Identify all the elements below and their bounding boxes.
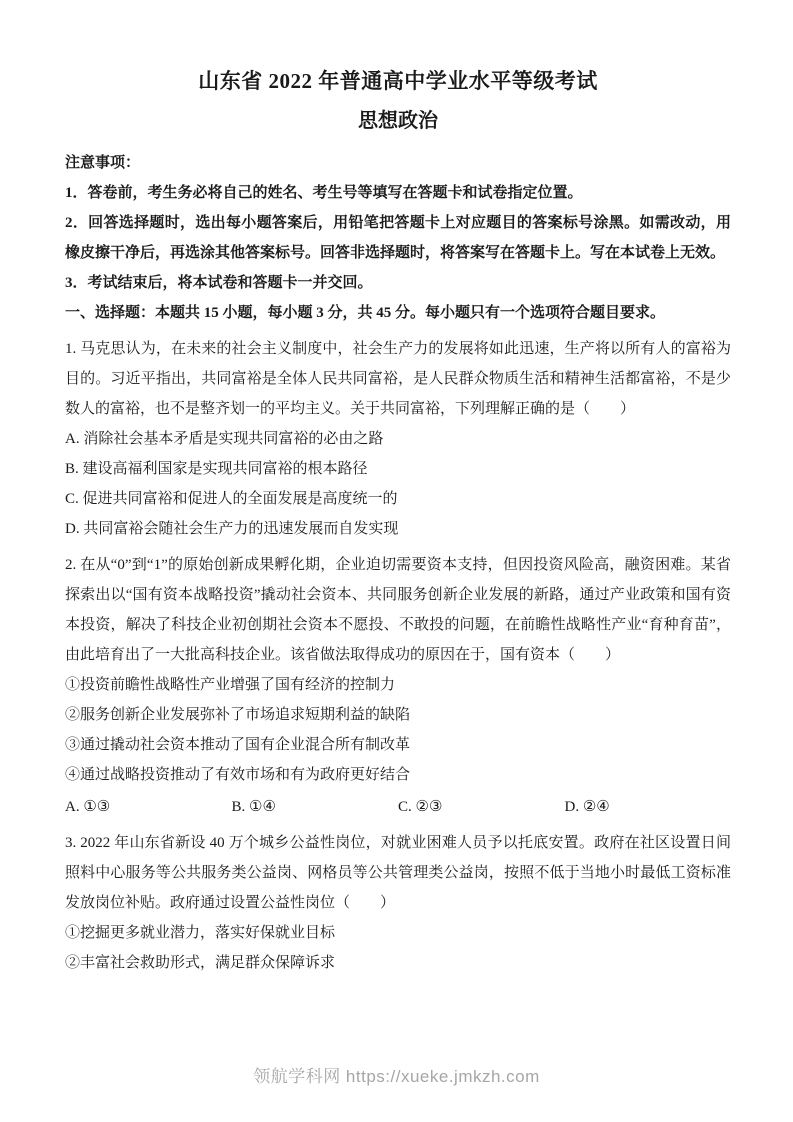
question-1-option-c: C. 促进共同富裕和促进人的全面发展是高度统一的	[65, 484, 731, 514]
question-2-statement-3: ③通过撬动社会资本推动了国有企业混合所有制改革	[65, 730, 731, 760]
paper-title: 山东省 2022 年普通高中学业水平等级考试	[65, 64, 731, 98]
question-2-statement-2: ②服务创新企业发展弥补了市场追求短期利益的缺陷	[65, 700, 731, 730]
exam-paper-content: 山东省 2022 年普通高中学业水平等级考试 思想政治 注意事项： 1．答卷前，…	[0, 0, 793, 978]
question-1-option-a: A. 消除社会基本矛盾是实现共同富裕的必由之路	[65, 424, 731, 454]
question-3-statement-2: ②丰富社会救助形式，满足群众保障诉求	[65, 948, 731, 978]
section-heading: 一、选择题：本题共 15 小题，每小题 3 分，共 45 分。每小题只有一个选项…	[65, 298, 731, 328]
question-1-stem: 1. 马克思认为，在未来的社会主义制度中，社会生产力的发展将如此迅速，生产将以所…	[65, 334, 731, 424]
notices-heading: 注意事项：	[65, 148, 731, 178]
question-3-statement-1: ①挖掘更多就业潜力，落实好保就业目标	[65, 918, 731, 948]
notice-item-2: 2．回答选择题时，选出每小题答案后，用铅笔把答题卡上对应题目的答案标号涂黑。如需…	[65, 208, 731, 268]
question-2-choice-b: B. ①④	[232, 792, 399, 822]
watermark: 领航学科网 https://xueke.jmkzh.com	[0, 1062, 793, 1087]
question-3-stem: 3. 2022 年山东省新设 40 万个城乡公益性岗位，对就业困难人员予以托底安…	[65, 828, 731, 918]
question-2-choice-d: D. ②④	[565, 792, 732, 822]
question-1-option-d: D. 共同富裕会随社会生产力的迅速发展而自发实现	[65, 514, 731, 544]
paper-subject: 思想政治	[65, 106, 731, 136]
question-2-choice-row: A. ①③ B. ①④ C. ②③ D. ②④	[65, 792, 731, 822]
notice-item-1: 1．答卷前，考生务必将自己的姓名、考生号等填写在答题卡和试卷指定位置。	[65, 178, 731, 208]
question-2-choice-c: C. ②③	[398, 792, 565, 822]
notices-section: 注意事项： 1．答卷前，考生务必将自己的姓名、考生号等填写在答题卡和试卷指定位置…	[65, 148, 731, 298]
question-2: 2. 在从“0”到“1”的原始创新成果孵化期，企业迫切需要资本支持，但因投资风险…	[65, 550, 731, 822]
question-2-stem: 2. 在从“0”到“1”的原始创新成果孵化期，企业迫切需要资本支持，但因投资风险…	[65, 550, 731, 670]
question-1-option-b: B. 建设高福利国家是实现共同富裕的根本路径	[65, 454, 731, 484]
notice-item-3: 3．考试结束后，将本试卷和答题卡一并交回。	[65, 268, 731, 298]
question-3: 3. 2022 年山东省新设 40 万个城乡公益性岗位，对就业困难人员予以托底安…	[65, 828, 731, 978]
question-2-choice-a: A. ①③	[65, 792, 232, 822]
question-2-statement-1: ①投资前瞻性战略性产业增强了国有经济的控制力	[65, 670, 731, 700]
exam-paper-page: 山东省 2022 年普通高中学业水平等级考试 思想政治 注意事项： 1．答卷前，…	[0, 0, 793, 1122]
question-1: 1. 马克思认为，在未来的社会主义制度中，社会生产力的发展将如此迅速，生产将以所…	[65, 334, 731, 544]
question-2-statement-4: ④通过战略投资推动了有效市场和有为政府更好结合	[65, 760, 731, 790]
